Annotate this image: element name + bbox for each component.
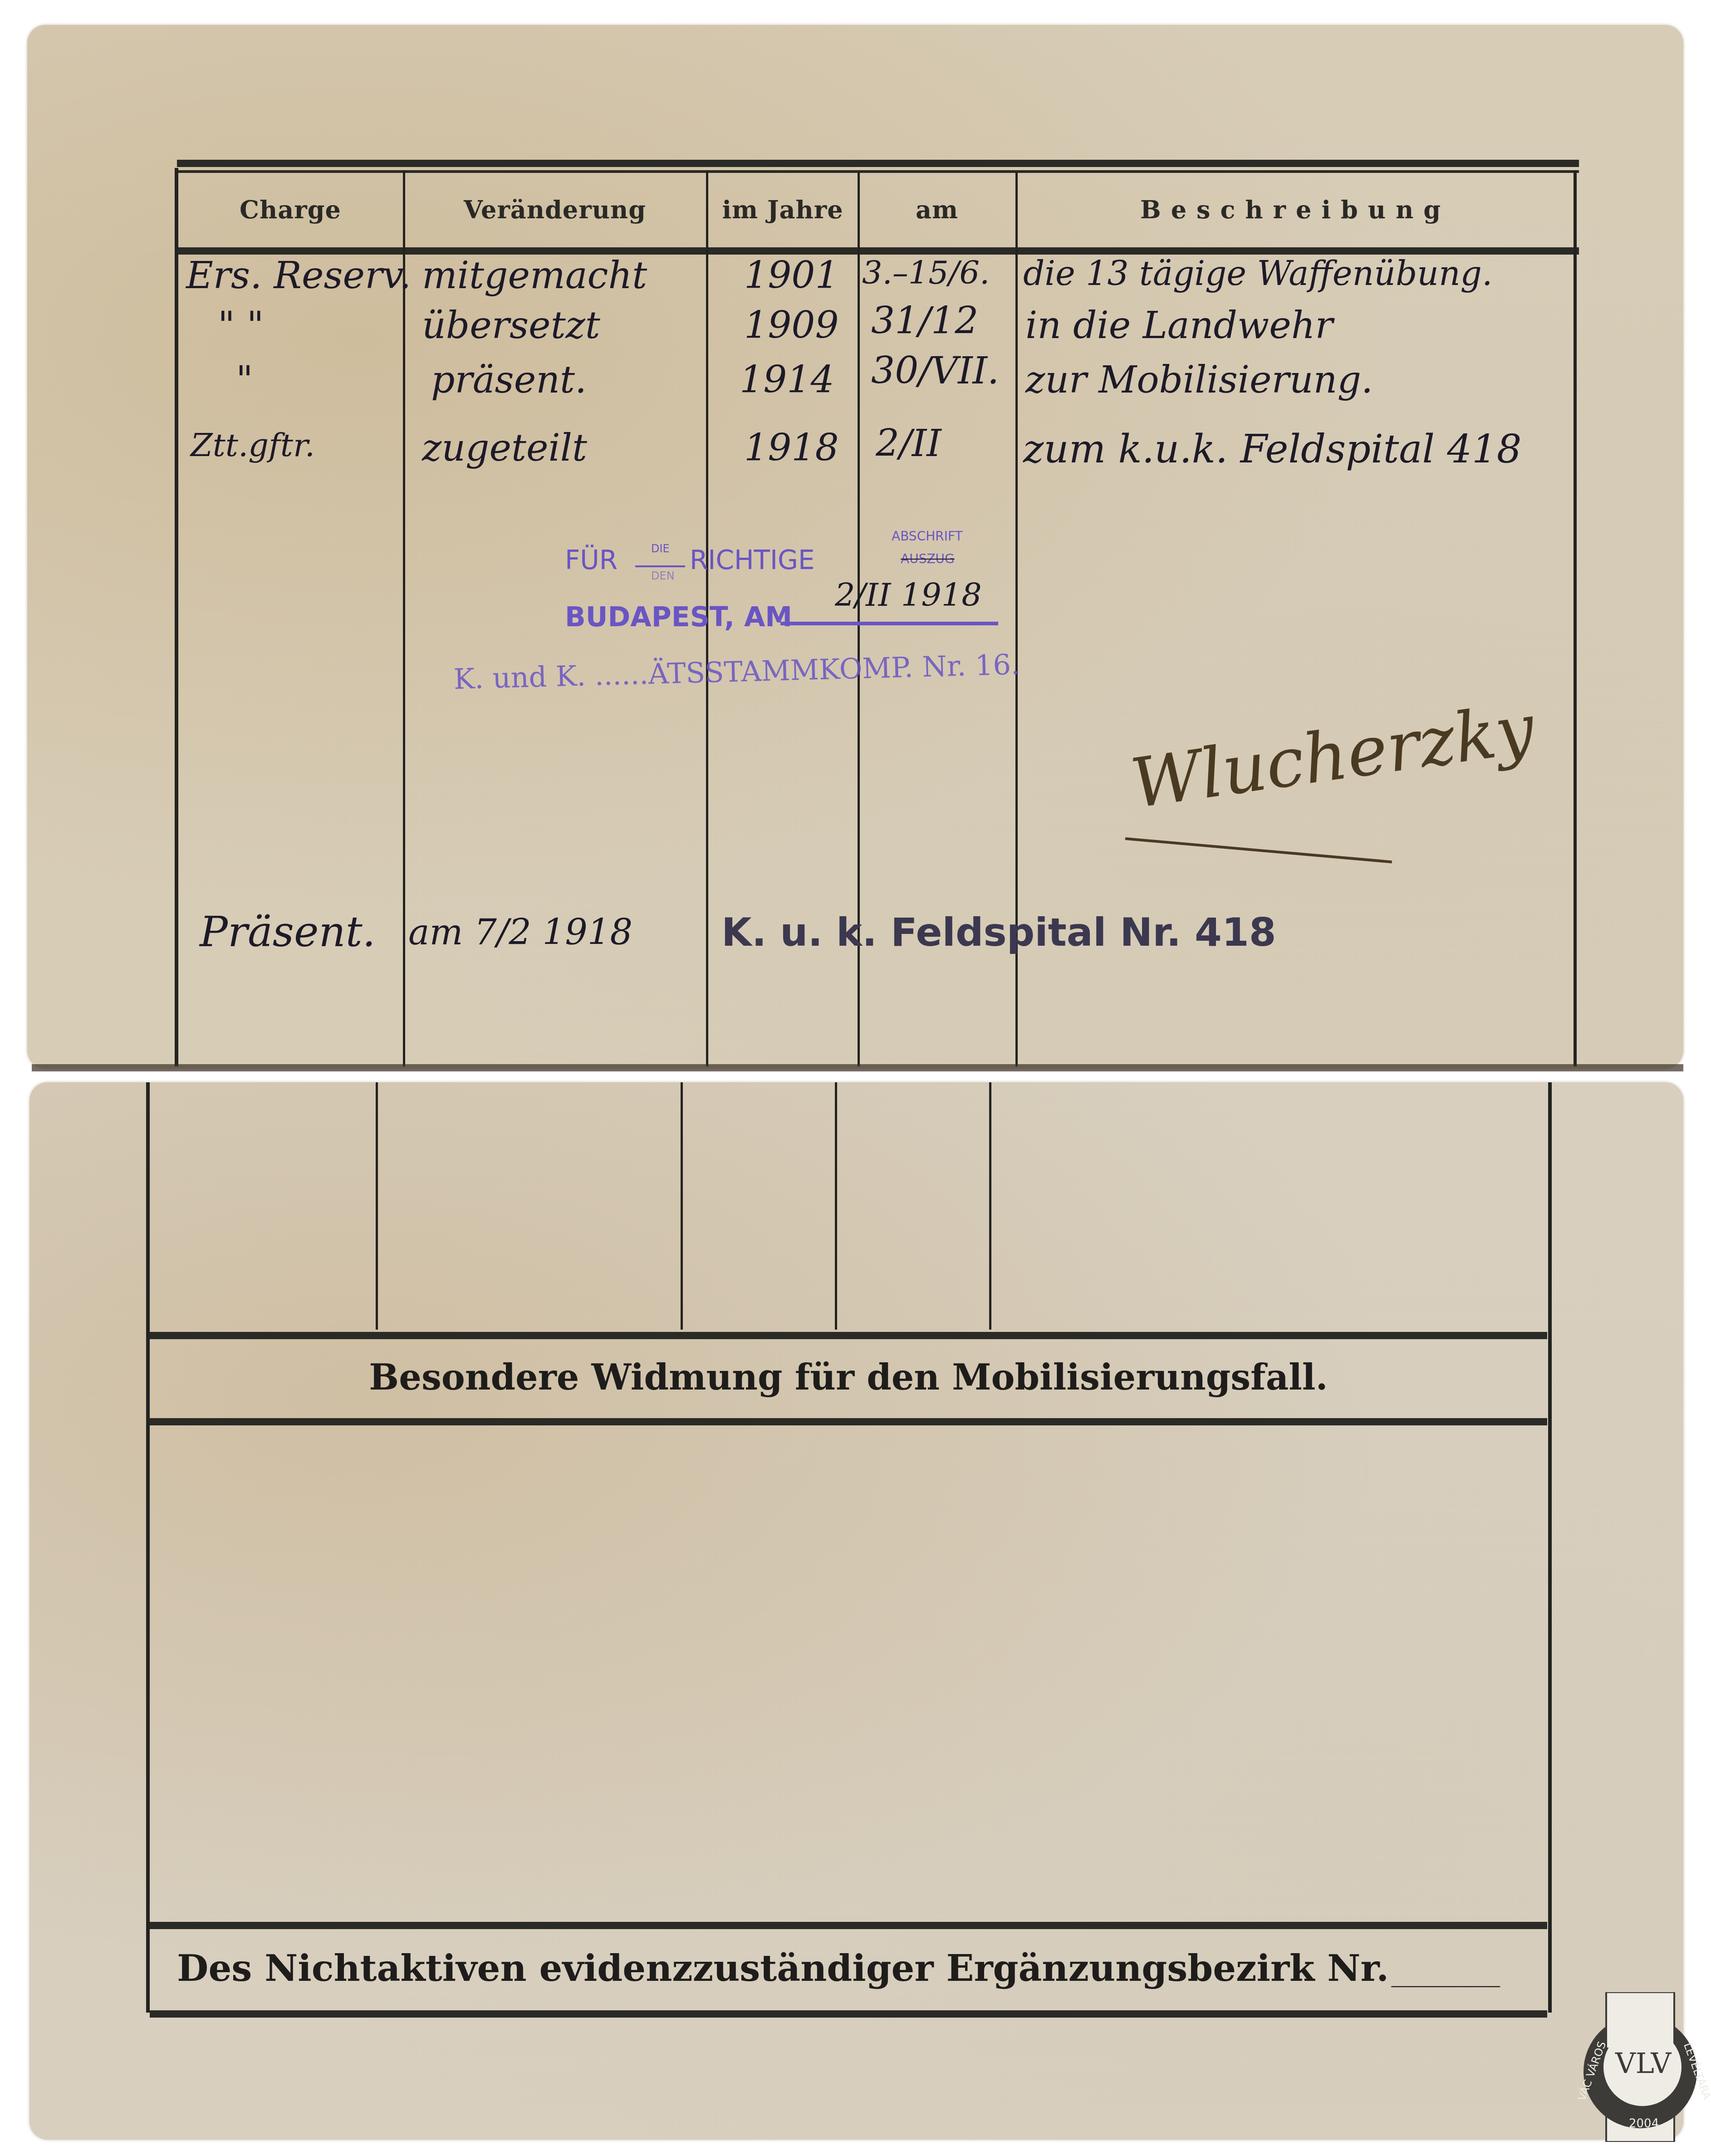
col-divider-1 <box>403 170 405 1066</box>
lower-right-border <box>1548 1082 1552 2013</box>
cell-beschreibung: zur Mobilisierung. <box>1025 359 1373 402</box>
table-top-rule-inner <box>177 170 1579 173</box>
lower-col-divider-1 <box>376 1082 378 1330</box>
cell-veraenderung: präsent. <box>431 359 587 402</box>
stamp-date-handwritten: 2/II 1918 <box>835 576 982 614</box>
cell-am: 31/12 <box>871 300 978 343</box>
stamp-auszug: AUSZUG <box>901 551 955 566</box>
logo-monogram: VLV <box>1615 2047 1670 2080</box>
cell-am: 2/II <box>876 422 941 465</box>
fold-tear <box>32 1064 1683 1071</box>
stamp-fuer: FÜR <box>565 545 618 575</box>
cell-am: 30/VII. <box>871 349 999 393</box>
cell-jahr: 1901 <box>744 254 839 297</box>
praesent-label: Präsent. <box>200 908 376 956</box>
cell-beschreibung: die 13 tägige Waffenübung. <box>1023 254 1492 293</box>
footer-line: Des Nichtaktiven evidenzzuständiger Ergä… <box>177 1947 1500 1989</box>
cell-charge: " " <box>218 304 264 347</box>
lower-left-border <box>146 1082 150 2013</box>
stamp-date-underline <box>780 622 998 625</box>
cell-beschreibung: zum k.u.k. Feldspital 418 <box>1023 427 1521 472</box>
header-bottom-rule <box>177 247 1579 255</box>
cell-veraenderung: zugeteilt <box>422 427 587 470</box>
footer-blank: ________ <box>1391 1956 1500 1988</box>
stamp-richtige: RICHTIGE <box>690 545 815 575</box>
stamp-die: DIE <box>651 542 670 555</box>
table-right-border <box>1574 170 1577 1066</box>
lower-col-divider-2 <box>681 1082 683 1330</box>
header-charge: Charge <box>179 195 402 224</box>
lower-col-divider-4 <box>989 1082 991 1330</box>
header-im-jahre: im Jahre <box>708 195 858 224</box>
cell-charge: Ztt.gftr. <box>191 427 315 464</box>
praesent-date: am 7/2 1918 <box>408 912 632 953</box>
cell-jahr: 1914 <box>740 359 834 402</box>
table-left-border <box>175 168 178 1066</box>
cell-beschreibung: in die Landwehr <box>1025 304 1333 347</box>
feldspital-stamp: K. u. k. Feldspital Nr. 418 <box>721 910 1276 955</box>
header-veraenderung: Veränderung <box>405 195 705 224</box>
stamp-den: DEN <box>651 570 675 582</box>
lower-col-divider-3 <box>835 1082 837 1330</box>
stamp-fraction-bar <box>635 565 685 567</box>
cell-jahr: 1918 <box>744 427 839 470</box>
section-rule-top <box>150 1332 1547 1339</box>
cell-am: 3.–15/6. <box>862 254 990 291</box>
table-top-rule <box>177 160 1579 167</box>
stamp-abschrift: ABSCHRIFT <box>892 529 963 544</box>
archive-logo: VLV VÁC VÁROS LEVÉLTÁRA 2004 <box>1579 1992 1706 2142</box>
section-title: Besondere Widmung für den Mobilisierungs… <box>150 1357 1547 1398</box>
footer-label: Des Nichtaktiven evidenzzuständiger Ergä… <box>177 1947 1389 1989</box>
cell-charge: " <box>236 359 253 402</box>
cell-veraenderung: mitgemacht <box>422 254 647 297</box>
stamp-budapest-am: BUDAPEST, AM <box>565 601 792 633</box>
section-rule-bottom <box>150 1418 1547 1425</box>
logo-year: 2004 <box>1629 2117 1659 2131</box>
header-beschreibung: Beschreibung <box>1019 195 1572 224</box>
cell-charge: Ers. Reserv. <box>186 254 411 297</box>
footer-rule-bottom <box>150 2010 1547 2018</box>
cell-veraenderung: übersetzt <box>422 304 600 347</box>
cell-jahr: 1909 <box>744 304 839 347</box>
footer-rule-top <box>150 1922 1547 1929</box>
header-am: am <box>860 195 1014 224</box>
